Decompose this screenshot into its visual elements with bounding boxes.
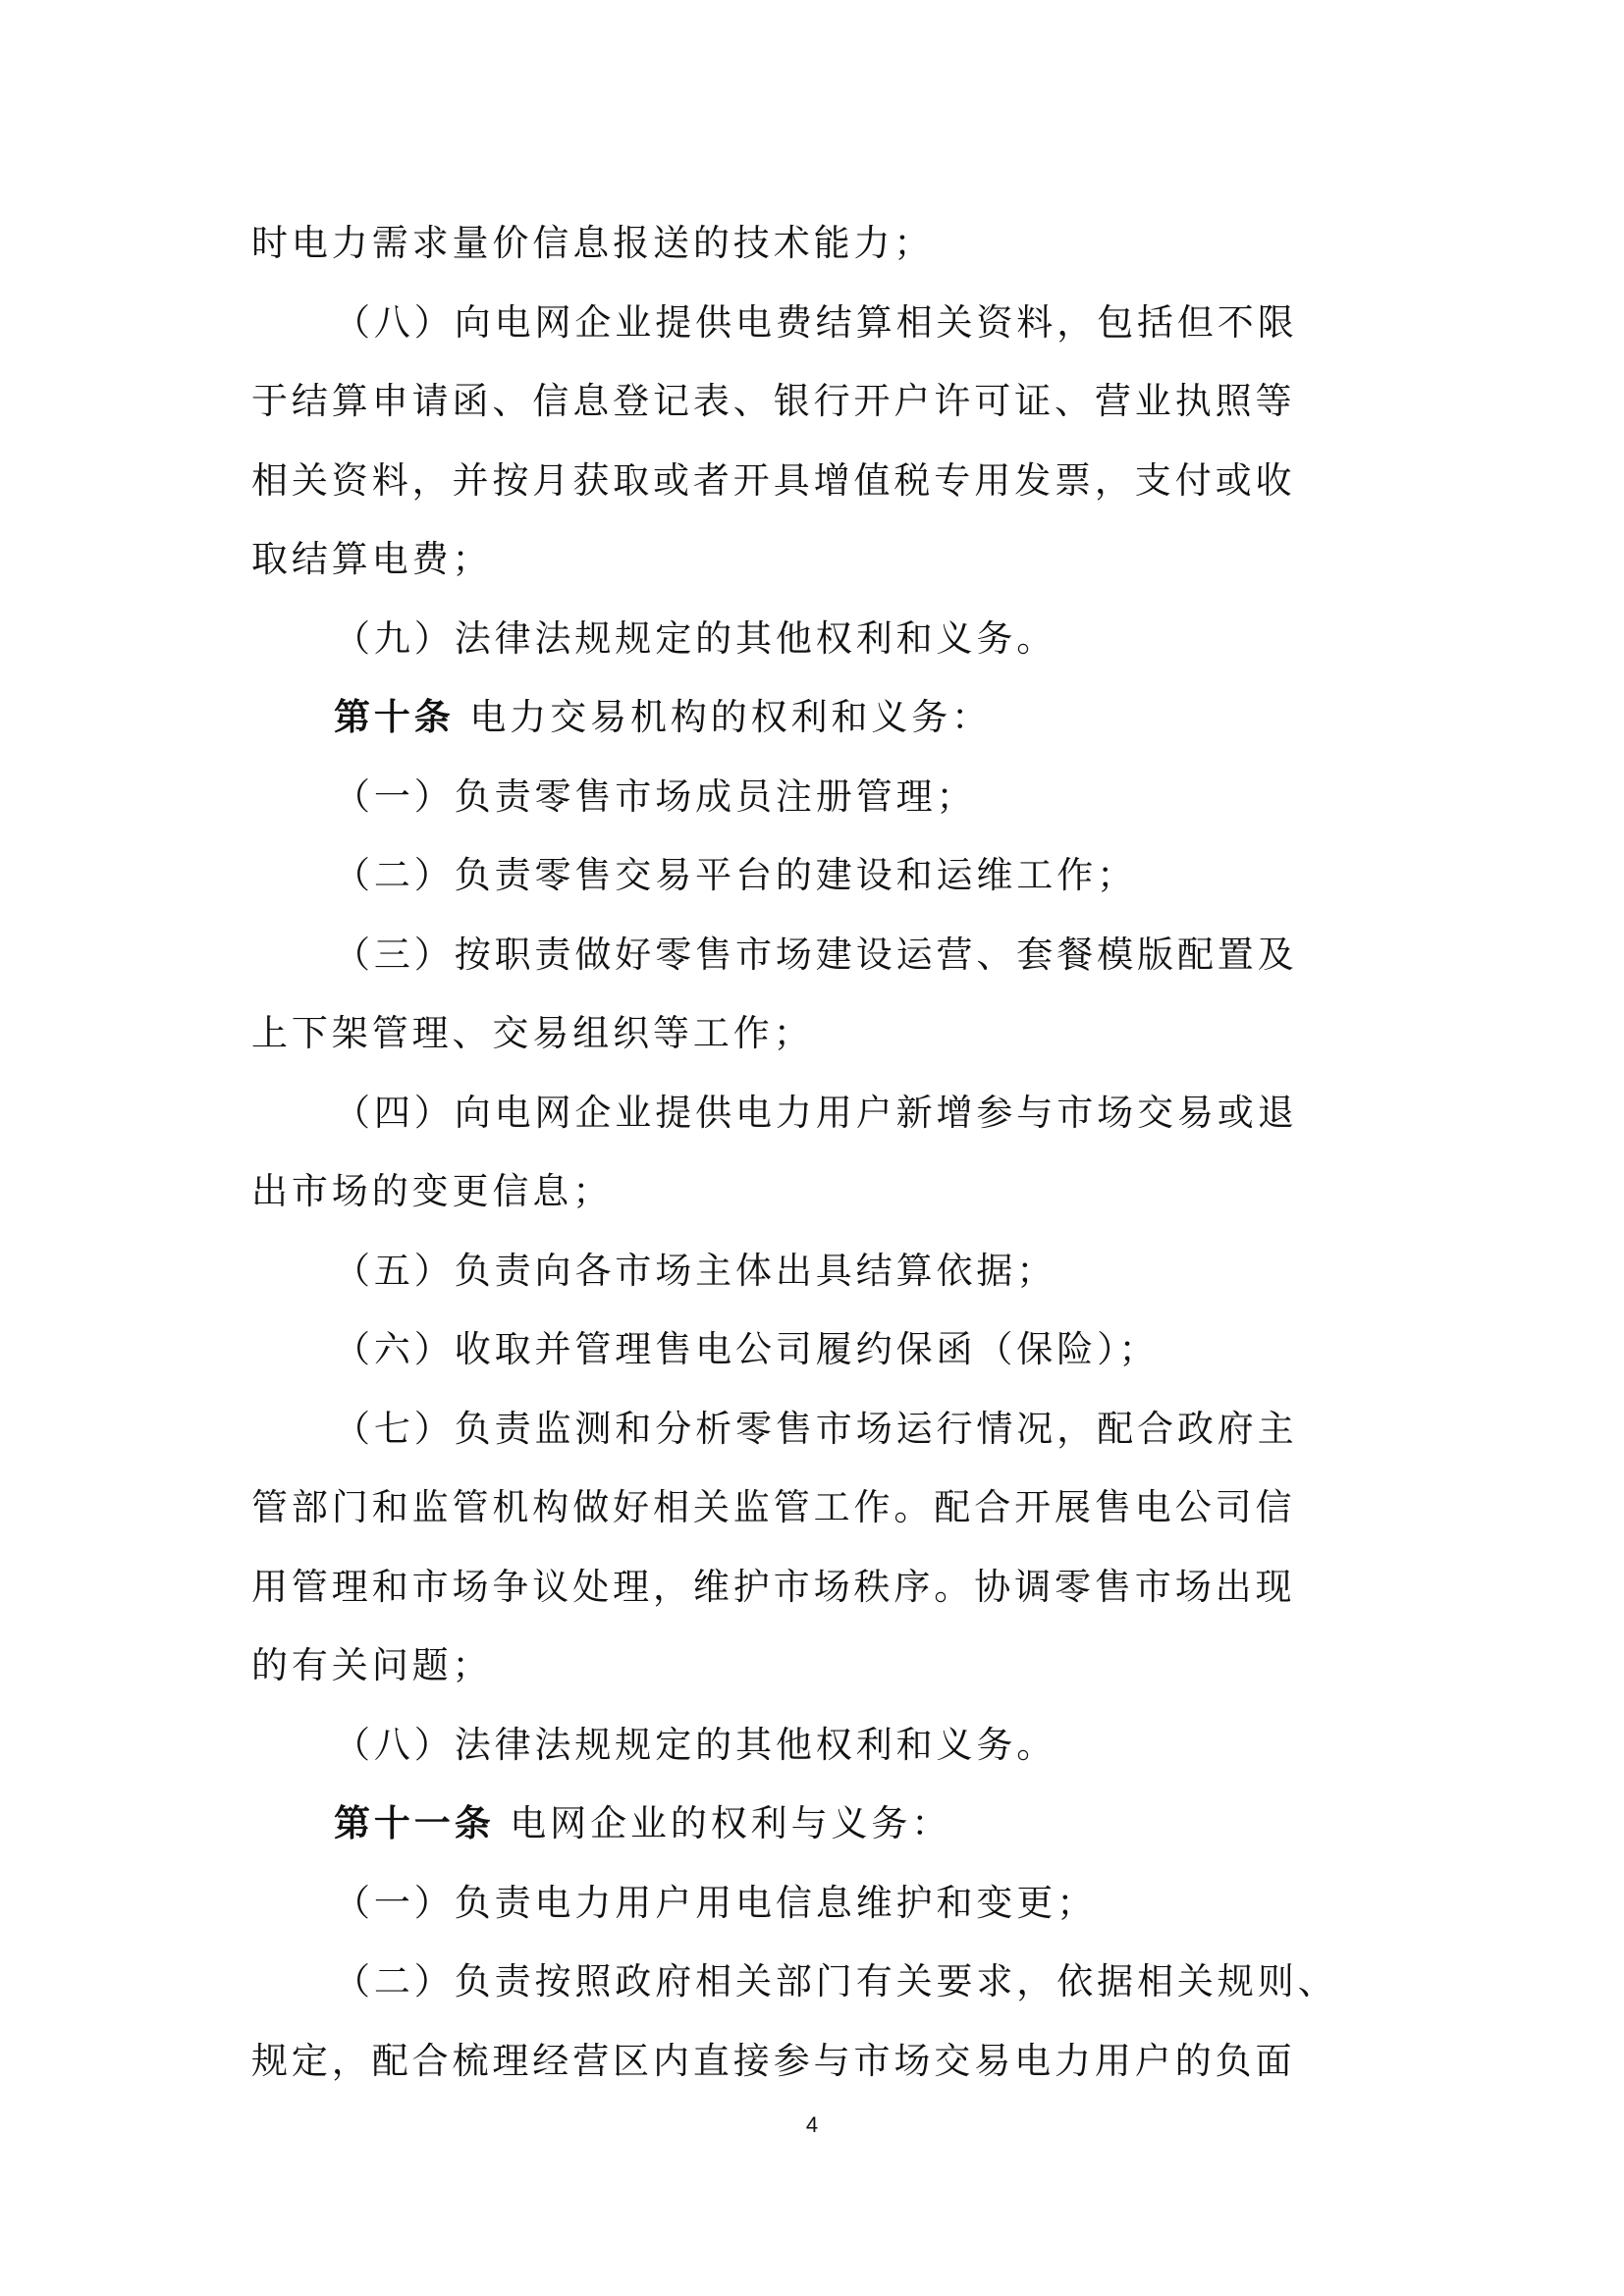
text-line: （九）法律法规规定的其他权利和义务。: [251, 600, 1390, 679]
line-text: 上下架管理、交易组织等工作；: [251, 1012, 814, 1054]
text-line: 用管理和市场争议处理，维护市场秩序。协调零售市场出现: [251, 1548, 1390, 1628]
line-text: （八）向电网企业提供电费结算相关资料，包括但不限: [334, 301, 1298, 344]
text-line: 出市场的变更信息；: [251, 1152, 1390, 1232]
line-text: （二）负责按照政府相关部门有关要求，依据相关规则、: [334, 1960, 1338, 2002]
article-number: 第十条: [334, 696, 455, 738]
line-text: 相关资料，并按月获取或者开具增值税专用发票，支付或收: [251, 459, 1295, 502]
line-text: 时电力需求量价信息报送的技术能力；: [251, 222, 934, 264]
article-heading-11: 第十一条 电网企业的权利与义务：: [251, 1785, 1390, 1864]
body-text: 时电力需求量价信息报送的技术能力； （八）向电网企业提供电费结算相关资料，包括但…: [251, 204, 1390, 2101]
text-line: （三）按职责做好零售市场建设运营、套餐模版配置及: [251, 916, 1390, 995]
line-text: （三）按职责做好零售市场建设运营、套餐模版配置及: [334, 934, 1298, 976]
text-line: 相关资料，并按月获取或者开具增值税专用发票，支付或收: [251, 442, 1390, 521]
line-text: 取结算电费；: [251, 538, 492, 580]
article-heading-10: 第十条 电力交易机构的权利和义务：: [251, 678, 1390, 758]
text-line: （七）负责监测和分析零售市场运行情况，配合政府主: [251, 1390, 1390, 1469]
text-line: 管部门和监管机构做好相关监管工作。配合开展售电公司信: [251, 1468, 1390, 1548]
article-number: 第十一条: [334, 1802, 495, 1844]
line-text: 规定，配合梳理经营区内直接参与市场交易电力用户的负面: [251, 2040, 1295, 2082]
text-line: （八）法律法规规定的其他权利和义务。: [251, 1706, 1390, 1786]
text-line: （二）负责按照政府相关部门有关要求，依据相关规则、: [251, 1943, 1390, 2022]
line-text: （八）法律法规规定的其他权利和义务。: [334, 1724, 1056, 1766]
line-text: （七）负责监测和分析零售市场运行情况，配合政府主: [334, 1408, 1298, 1450]
page-number: 4: [0, 2112, 1624, 2138]
line-text: （二）负责零售交易平台的建设和运维工作；: [334, 854, 1137, 896]
line-text: 管部门和监管机构做好相关监管工作。配合开展售电公司信: [251, 1486, 1295, 1528]
line-text: （四）向电网企业提供电力用户新增参与市场交易或退: [334, 1092, 1298, 1134]
text-line: 上下架管理、交易组织等工作；: [251, 994, 1390, 1074]
text-line: （一）负责零售市场成员注册管理；: [251, 758, 1390, 837]
line-text: （一）负责零售市场成员注册管理；: [334, 775, 976, 818]
line-text: （五）负责向各市场主体出具结算依据；: [334, 1250, 1056, 1292]
line-text: 出市场的变更信息；: [251, 1170, 613, 1212]
text-line: （六）收取并管理售电公司履约保函（保险）；: [251, 1310, 1390, 1390]
line-text: （一）负责电力用户用电信息维护和变更；: [334, 1882, 1097, 1924]
text-line: （一）负责电力用户用电信息维护和变更；: [251, 1864, 1390, 1944]
document-page: 时电力需求量价信息报送的技术能力； （八）向电网企业提供电费结算相关资料，包括但…: [0, 0, 1624, 2296]
text-line: （二）负责零售交易平台的建设和运维工作；: [251, 836, 1390, 916]
text-line: 时电力需求量价信息报送的技术能力；: [251, 204, 1390, 284]
text-line: 的有关问题；: [251, 1627, 1390, 1706]
article-title: 电力交易机构的权利和义务：: [455, 696, 992, 738]
text-line: （五）负责向各市场主体出具结算依据；: [251, 1232, 1390, 1311]
text-line: 规定，配合梳理经营区内直接参与市场交易电力用户的负面: [251, 2022, 1390, 2102]
line-text: 的有关问题；: [251, 1644, 492, 1686]
text-line: 于结算申请函、信息登记表、银行开户许可证、营业执照等: [251, 362, 1390, 442]
text-line: 取结算电费；: [251, 520, 1390, 600]
line-text: 于结算申请函、信息登记表、银行开户许可证、营业执照等: [251, 380, 1295, 422]
line-text: （六）收取并管理售电公司履约保函（保险）；: [334, 1328, 1159, 1370]
text-line: （八）向电网企业提供电费结算相关资料，包括但不限: [251, 284, 1390, 363]
line-text: 用管理和市场争议处理，维护市场秩序。协调零售市场出现: [251, 1566, 1295, 1608]
text-line: （四）向电网企业提供电力用户新增参与市场交易或退: [251, 1074, 1390, 1153]
article-title: 电网企业的权利与义务：: [495, 1802, 952, 1844]
line-text: （九）法律法规规定的其他权利和义务。: [334, 617, 1056, 660]
